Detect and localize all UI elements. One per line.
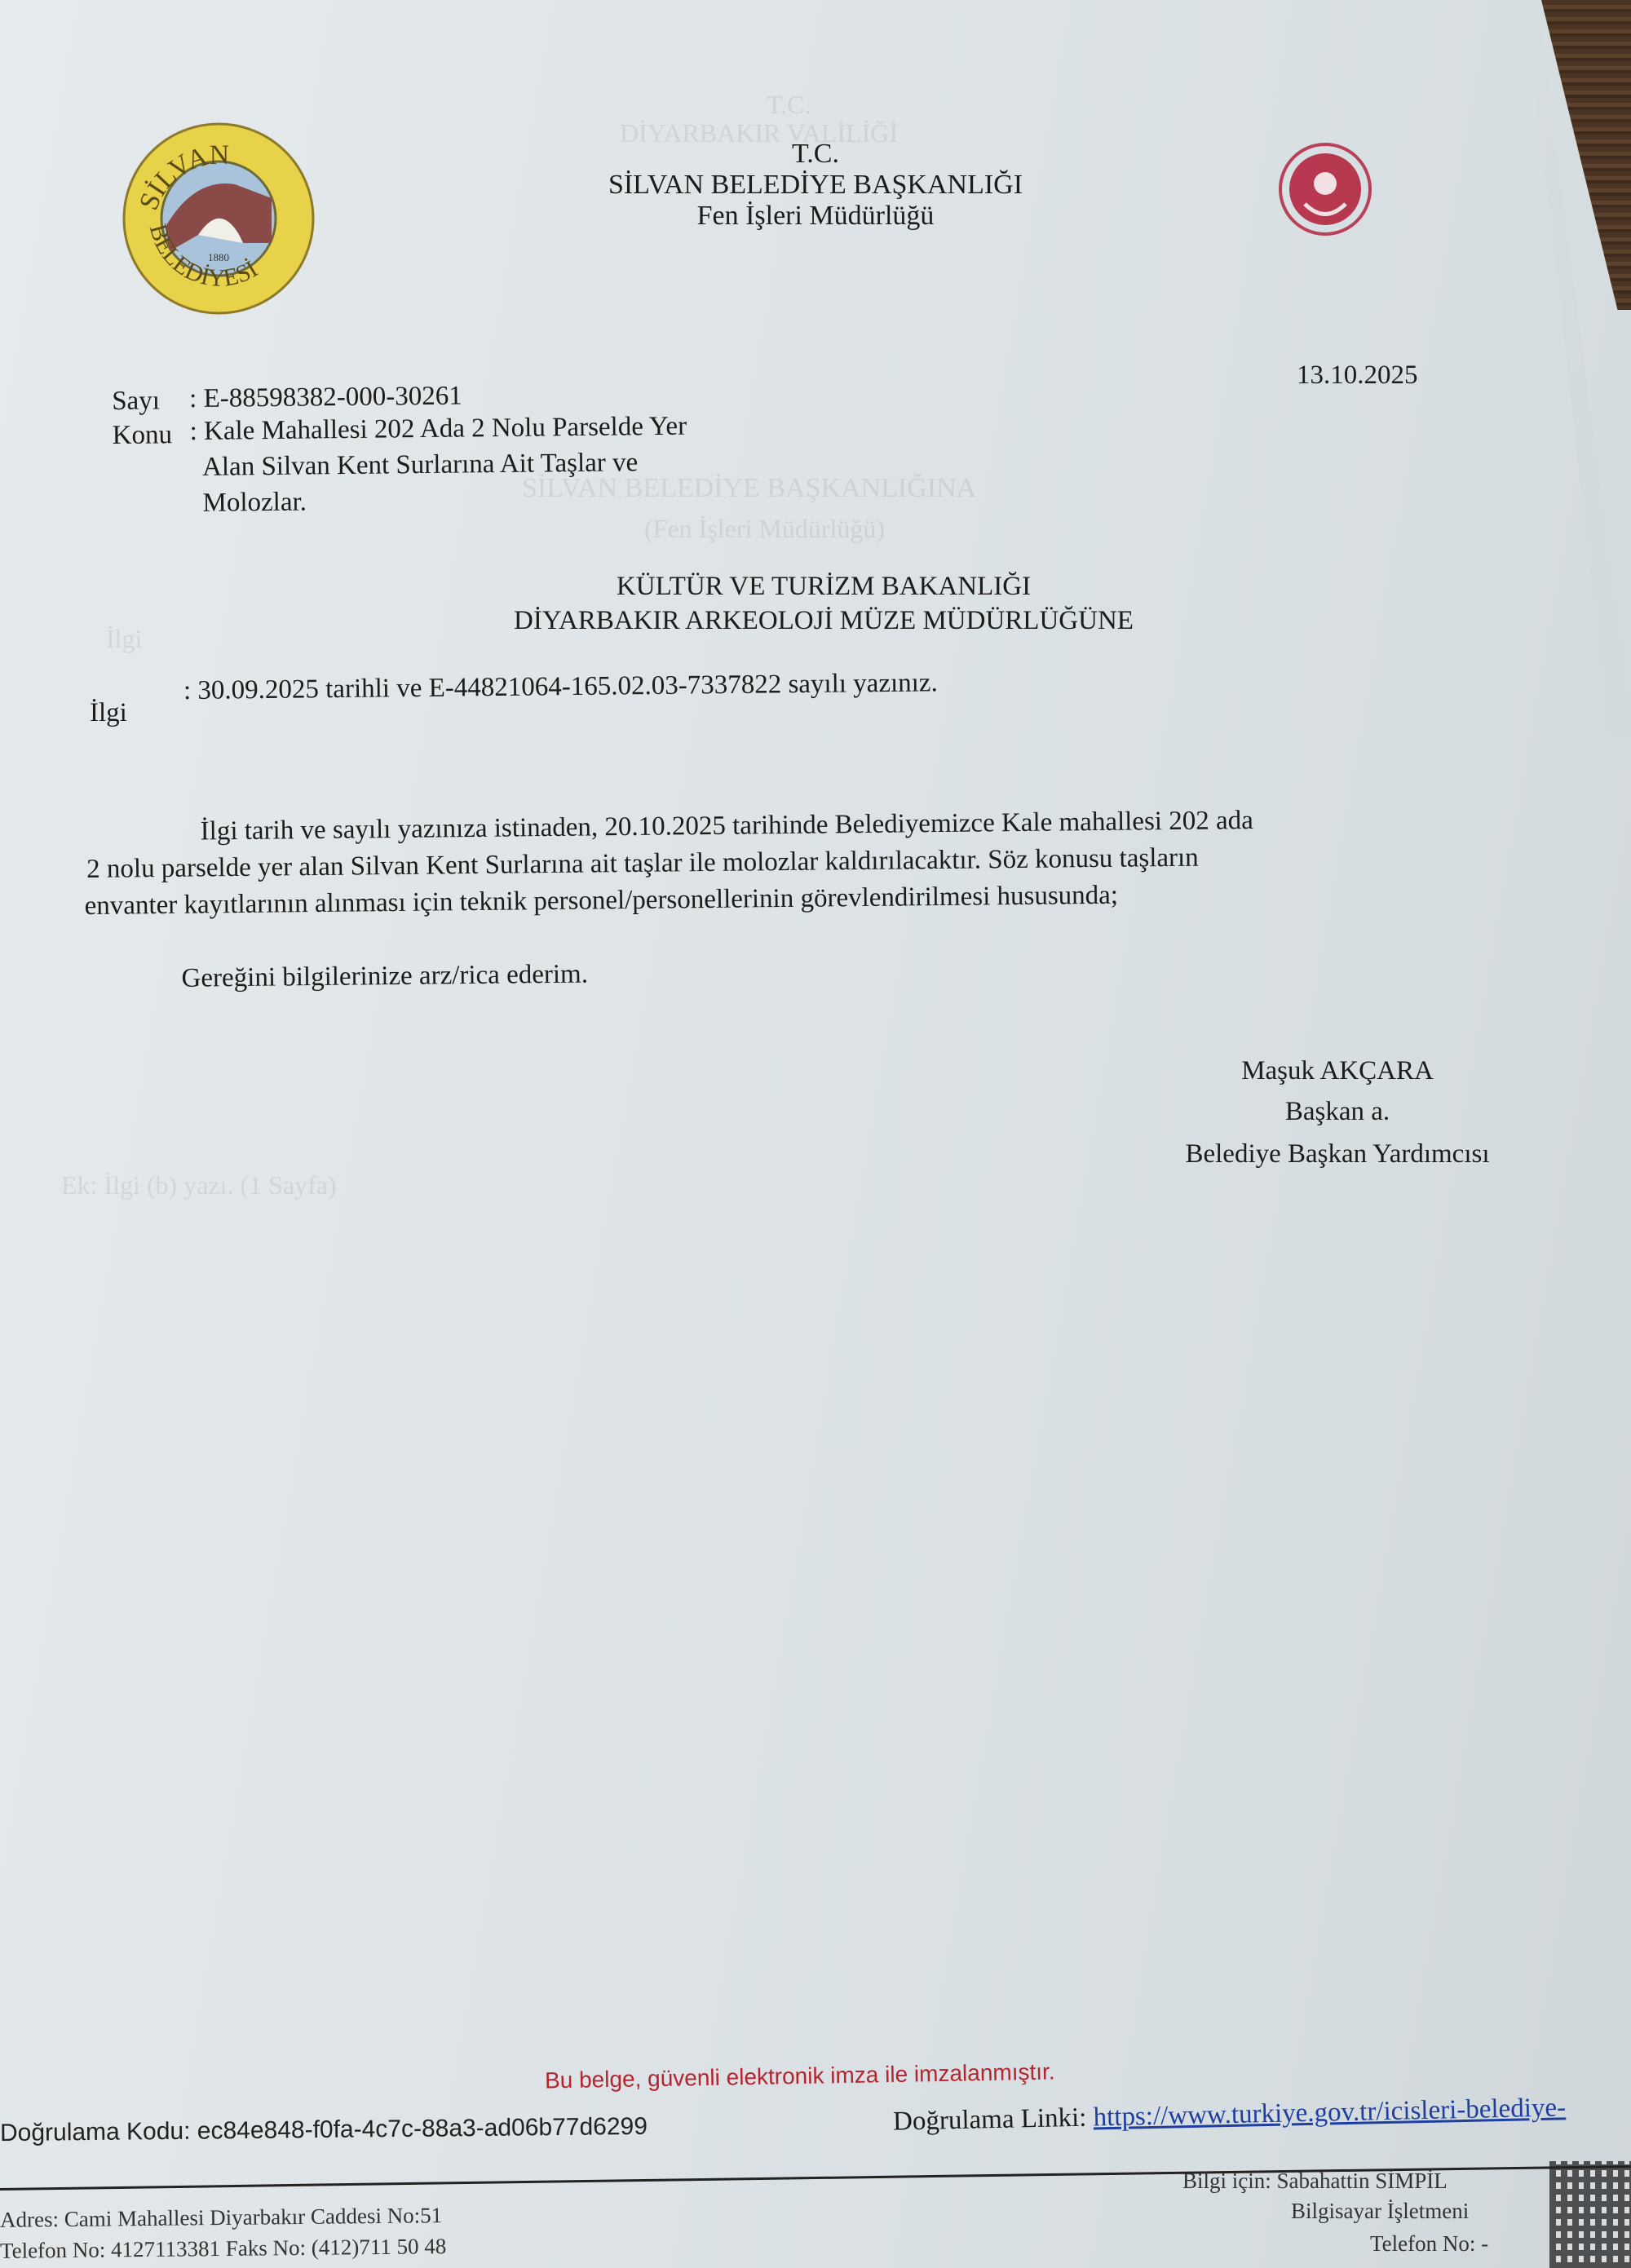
verification-code-label: Doğrulama Kodu: — [0, 2118, 191, 2146]
bleed-through-text: T.C. — [767, 90, 811, 120]
footer-info-title: Bilgisayar İşletmeni — [1291, 2195, 1469, 2226]
footer-info-phone: Telefon No: - — [1370, 2228, 1488, 2259]
seal-stamp-icon — [1272, 139, 1378, 245]
konu-line: Molozlar. — [202, 484, 307, 521]
bleed-through-text: (Fen İşleri Müdürlüğü) — [644, 514, 885, 544]
bleed-through-text: Ek: İlgi (b) yazı. (1 Sayfa) — [61, 1170, 337, 1200]
bleed-through-text: İlgi — [106, 624, 142, 654]
verification-link-label: Doğrulama Linki: — [893, 2103, 1087, 2137]
closing-line: Gereğini bilgilerinize arz/rica ederim. — [181, 957, 588, 997]
addressee-ministry: KÜLTÜR VE TURİZM BAKANLIĞI — [416, 569, 1231, 603]
verification-code-value: ec84e848-f0fa-4c7c-88a3-ad06b77d6299 — [197, 2113, 648, 2145]
footer-address: Adres: Cami Mahallesi Diyarbakır Caddesi… — [0, 2199, 442, 2235]
header-institution: SİLVAN BELEDİYE BAŞKANLIĞI — [489, 170, 1142, 201]
konu-label: Konu — [112, 417, 172, 453]
svg-text:1880: 1880 — [208, 251, 229, 263]
signatory-title: Başkan a. — [1109, 1093, 1566, 1130]
addressee-museum: DİYARBAKIR ARKEOLOJİ MÜZE MÜDÜRLÜĞÜNE — [416, 603, 1231, 638]
document-page — [0, 0, 1631, 2268]
signatory-name: Maşuk AKÇARA — [1109, 1052, 1566, 1090]
konu-line: Alan Silvan Kent Surlarına Ait Taşlar ve — [202, 444, 639, 485]
signatory-position: Belediye Başkan Yardımcısı — [1109, 1135, 1566, 1173]
sayi-label: Sayı — [112, 382, 160, 419]
konu-line: : Kale Mahallesi 202 Ada 2 Nolu Parselde… — [189, 409, 687, 449]
silvan-municipality-logo: 1880 SİLVAN BELEDİYESİ — [121, 121, 316, 316]
footer-phone: Telefon No: 4127113381 Faks No: (412)711… — [0, 2230, 446, 2266]
document-date: 13.10.2025 — [1297, 357, 1418, 393]
header-tc: T.C. — [489, 139, 1142, 170]
ilgi-label: İlgi — [90, 695, 127, 731]
footer-info-contact: Bilgi için: Sabahattin SİMPİL — [1182, 2165, 1448, 2196]
header-department: Fen İşleri Müdürlüğü — [489, 201, 1142, 232]
qr-code-icon[interactable] — [1549, 2161, 1631, 2268]
